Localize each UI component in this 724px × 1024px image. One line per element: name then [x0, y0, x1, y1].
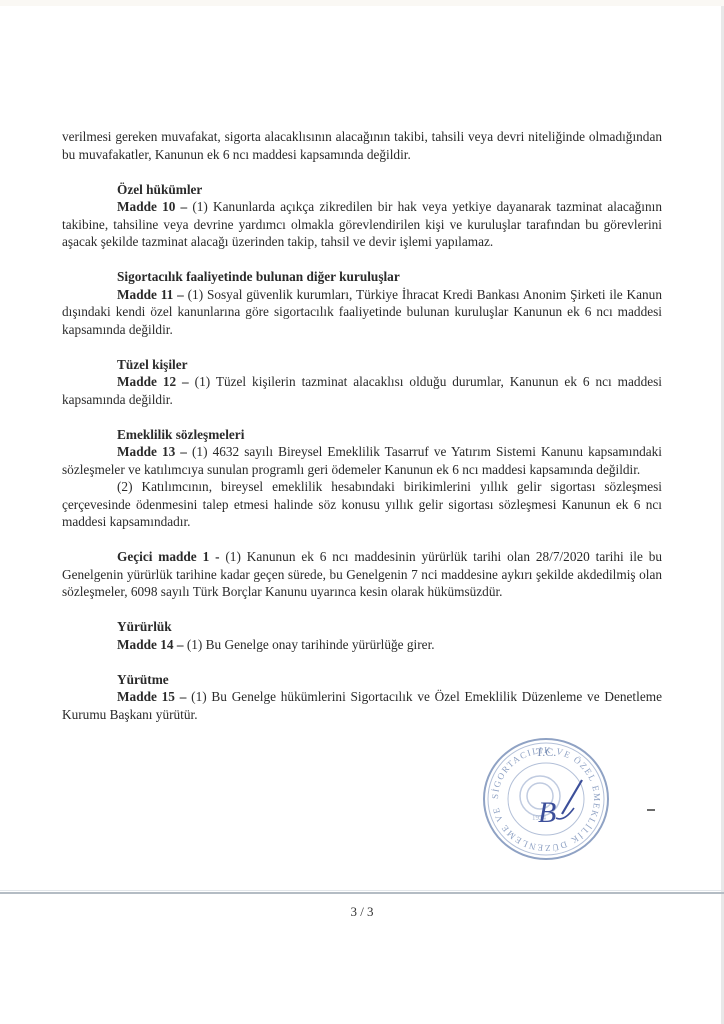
intro-paragraph: verilmesi gereken muvafakat, sigorta ala…	[62, 128, 662, 163]
article-12: Madde 12 – (1) Tüzel kişilerin tazminat …	[62, 373, 662, 408]
article-13: Madde 13 – (1) 4632 sayılı Bireysel Emek…	[62, 443, 662, 478]
section-heading-ozel-hukumler: Özel hükümler	[62, 181, 662, 199]
scan-mark	[647, 809, 655, 811]
seal-top-text: T.C.	[536, 745, 556, 759]
article-11-label: Madde 11 –	[117, 287, 184, 302]
signature-stroke	[562, 780, 582, 814]
seal-icon: SİGORTACILIK VE ÖZEL EMEKLİLİK DÜZENLEME…	[478, 734, 614, 864]
article-14-label: Madde 14 –	[117, 637, 184, 652]
official-seal: SİGORTACILIK VE ÖZEL EMEKLİLİK DÜZENLEME…	[478, 734, 614, 864]
article-14-text: (1) Bu Genelge onay tarihinde yürürlüğe …	[184, 637, 435, 652]
page-separator-shadow	[0, 890, 724, 891]
document-body: verilmesi gereken muvafakat, sigorta ala…	[62, 128, 662, 723]
transitional-article-1: Geçici madde 1 - (1) Kanunun ek 6 ncı ma…	[62, 548, 662, 601]
signature: B	[538, 796, 556, 829]
section-heading-tuzel-kisiler: Tüzel kişiler	[62, 356, 662, 374]
article-12-label: Madde 12 –	[117, 374, 189, 389]
scan-top-edge	[0, 0, 724, 6]
article-15: Madde 15 – (1) Bu Genelge hükümlerini Si…	[62, 688, 662, 723]
section-heading-yururluk: Yürürlük	[62, 618, 662, 636]
article-13-paragraph-2: (2) Katılımcının, bireysel emeklilik hes…	[62, 478, 662, 531]
transitional-article-label: Geçici madde 1 -	[117, 549, 220, 564]
article-11: Madde 11 – (1) Sosyal güvenlik kurumları…	[62, 286, 662, 339]
article-13-label: Madde 13 –	[117, 444, 187, 459]
article-15-label: Madde 15 –	[117, 689, 186, 704]
intro-line-1: verilmesi gereken muvafakat, sigorta ala…	[62, 129, 585, 144]
page-separator	[0, 892, 724, 894]
article-10-label: Madde 10 –	[117, 199, 187, 214]
article-14: Madde 14 – (1) Bu Genelge onay tarihinde…	[62, 636, 662, 654]
section-heading-diger-kuruluslar: Sigortacılık faaliyetinde bulunan diğer …	[62, 268, 662, 286]
page-number: 3 / 3	[0, 904, 724, 920]
article-10: Madde 10 – (1) Kanunlarda açıkça zikredi…	[62, 198, 662, 251]
section-heading-emeklilik: Emeklilik sözleşmeleri	[62, 426, 662, 444]
section-heading-yurutme: Yürütme	[62, 671, 662, 689]
